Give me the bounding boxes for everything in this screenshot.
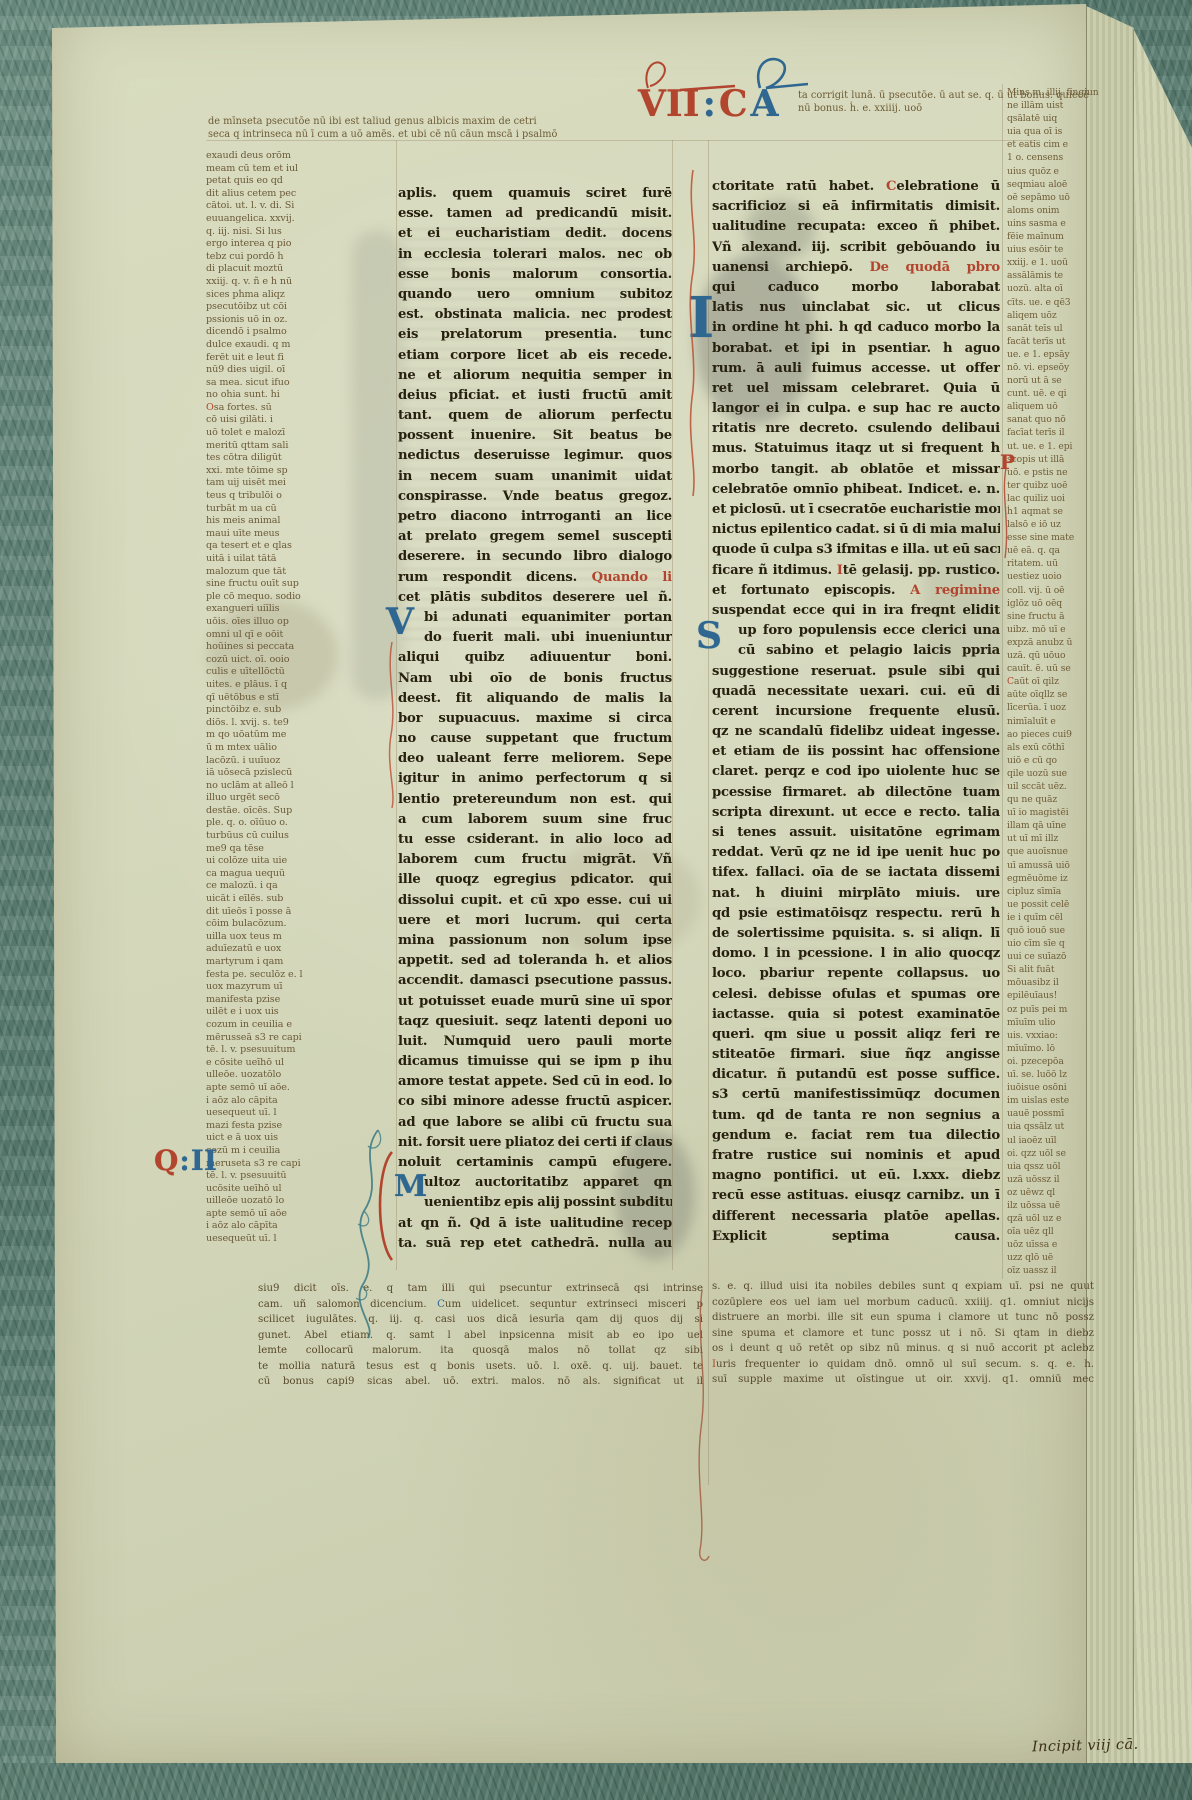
text-line: tant. quem de aliorum perfectu <box>398 408 672 428</box>
gloss-line: aūte oīqllz se <box>1007 688 1157 701</box>
gloss-line: meruseta s3 re capi <box>206 1158 342 1171</box>
gloss-line: Mins m. illij. fingiun <box>1007 86 1157 99</box>
gloss-line: dicendō i psalmo <box>206 326 342 339</box>
right-margin-gloss: Mins m. illij. fingiunne illām uistqsāla… <box>1007 86 1157 1278</box>
text-line: mus. Statuimus itaqz ut si frequent ḣ <box>712 441 1000 461</box>
text-line: different necessaria platōe apellas. <box>712 1209 1000 1229</box>
gloss-line: ucōsite ueīhō ul <box>206 1183 342 1196</box>
gloss-line: Iuris frequenter io quidam dnō. omnō ul … <box>712 1359 1094 1375</box>
gloss-line: ergo interea q pio <box>206 238 342 251</box>
gloss-line: uilla uox teus m <box>206 931 342 944</box>
gloss-line: uius quōz e <box>1007 165 1157 178</box>
gloss-line: uox mazyrum uī <box>206 981 342 994</box>
gloss-line: uauē possmī <box>1007 1107 1157 1120</box>
text-span: et fortunato episcopis. <box>712 583 910 598</box>
text-line: ille quoqz egregius pdicator. qui <box>398 872 672 892</box>
gloss-line: lalsō e iō uz <box>1007 518 1157 531</box>
gloss-line: ritatem. uū <box>1007 557 1157 570</box>
gloss-line: uitā i uilat tātā <box>206 553 342 566</box>
text-line: a cum laborem suum sine fruc <box>398 812 672 832</box>
text-line: et ei eucharistiam dedit. docens <box>398 226 672 246</box>
gloss-line: sices pḣma aliqz <box>206 289 342 302</box>
text-span: aūt oī qilz <box>1014 676 1059 687</box>
text-line: luit. Numquid uero pauli morte <box>398 1034 672 1054</box>
main-text-column-left: aplis. quem quamuis sciret furēesse. tam… <box>398 186 672 1256</box>
text-line: ne et aliorum nequitia semper in <box>398 368 672 388</box>
text-line: s3 certū manifestissimūqz documen <box>712 1087 1000 1107</box>
text-line: deius pficiat. et iusti fructū amit <box>398 388 672 408</box>
text-line: quode ū culpa s3 ifmitas e illa. ut eū s… <box>712 542 1000 562</box>
gloss-line: m qo uōatūm me <box>206 729 342 742</box>
gloss-line: egmēuōme iz <box>1007 872 1157 885</box>
gloss-line: fēie maīnum <box>1007 230 1157 243</box>
gloss-line: cunt. uē. e qi <box>1007 387 1157 400</box>
text-line: claret. perqz e cod ipo uiolente huc se <box>712 764 1000 784</box>
text-line: amore testat appete. Sed cū in eod. lo <box>398 1074 672 1094</box>
text-line: tu esse csiderant. in alio loco ad <box>398 832 672 852</box>
gloss-line: uins sasma e <box>1007 217 1157 230</box>
text-line: dissolui cupit. et cū xpo esse. cui ui <box>398 893 672 913</box>
text-line: ut potuisset euade murū sine uī spor <box>398 994 672 1014</box>
gloss-line: aliquem uō <box>1007 400 1157 413</box>
gloss-line: meam cū tem et iul <box>206 163 342 176</box>
gloss-line: xxiij. q. v. ñ e ḣ nū <box>206 276 342 289</box>
text-line: scripta direxunt. ut ecce e recto. talia <box>712 805 1000 825</box>
gloss-line: pssionis uō in oz. <box>206 314 342 327</box>
gloss-line: uōis. oīes illuo op <box>206 616 342 629</box>
text-line: etiam corpore licet ab eis recede. <box>398 348 672 368</box>
text-span: um uidelicet. sequntur extrinseci miscer… <box>445 1299 703 1310</box>
gloss-line: cū bonus capi9 sicas abel. uō. extri. ma… <box>258 1376 703 1392</box>
bottom-gloss-left: siu9 dicit oīs. e. q tam illi qui psecun… <box>258 1283 703 1392</box>
text-line: loco. pbariur repente collapsus. uo <box>712 966 1000 986</box>
gloss-line: uio cīm sīe q <box>1007 937 1157 950</box>
gloss-line: euuangelica. xxvij. <box>206 213 342 226</box>
text-line: mina passionum non solum ipse <box>398 933 672 953</box>
gloss-line: ue possit celē <box>1007 898 1157 911</box>
main-text-column-right: ctoritate ratū habet. Celebratione ūsacr… <box>712 179 1000 1249</box>
gloss-line: que auoīsnue <box>1007 845 1157 858</box>
gloss-line: uī. se. luōō lz <box>1007 1068 1157 1081</box>
text-line: Vñ alexand. iij. scribit gebōuando iu <box>712 240 1000 260</box>
text-span: Quando li <box>592 570 672 585</box>
gloss-line: no oḣia sunt. ḣi <box>206 389 342 402</box>
text-line: tum. qd de tanta re non segnius a <box>712 1108 1000 1128</box>
gloss-line: uzā uōssz il <box>1007 1173 1157 1186</box>
text-span: O <box>206 402 214 413</box>
gloss-line: uia qssālz ut <box>1007 1120 1157 1133</box>
text-line: petro diacono intrroganti an lice <box>398 509 672 529</box>
gloss-line: ne illām uist <box>1007 99 1157 112</box>
gloss-line: ulleōe. uozatōlo <box>206 1069 342 1082</box>
text-line: esse bonis malorum consortia. <box>398 267 672 287</box>
text-line: borabat. et ipi in psentiar. ḣ aguo <box>712 341 1000 361</box>
text-line: nit. forsit uere pliatoz dei certi if cl… <box>398 1135 672 1155</box>
gloss-line: oīa uēz qll <box>1007 1225 1157 1238</box>
text-line: at qn ñ. Qd ā iste ualitudine recep <box>398 1216 672 1236</box>
gloss-line: uiō e cū qo <box>1007 754 1157 767</box>
gloss-line: sa mea. sicut ifuo <box>206 377 342 390</box>
gloss-line: martyrum i qam <box>206 956 342 969</box>
gloss-line: uē eā. q. qa <box>1007 544 1157 557</box>
gloss-line: sine fructu ā <box>1007 610 1157 623</box>
gloss-line: exaudi deus orōm <box>206 150 342 163</box>
text-line: aplis. quem quamuis sciret furē <box>398 186 672 206</box>
gloss-line: apte semō uī aōe. <box>206 1082 342 1095</box>
catchword: Incipit viij cā. <box>1032 1737 1139 1756</box>
text-line: bor supuacuus. maxime si circa <box>398 711 672 731</box>
text-line: ctoritate ratū habet. Celebratione ū <box>712 179 1000 199</box>
gloss-line: Caūt oī qilz <box>1007 675 1157 688</box>
gloss-line: iglōz uō oēq <box>1007 597 1157 610</box>
gloss-line: sanāt teīs ul <box>1007 322 1157 335</box>
text-span: sa fortes. sū <box>214 402 272 413</box>
gloss-line: qile uozū sue <box>1007 767 1157 780</box>
text-line: co sibi minore adesse fructū aspicer. <box>398 1094 672 1114</box>
text-span: ctoritate ratū habet. <box>712 179 886 194</box>
gloss-line: e cōsite ueīhō ul <box>206 1057 342 1070</box>
text-line: dicamus timuisse qui se ipm p ihu <box>398 1054 672 1074</box>
gloss-line: s. e. q. illud uisi ita nobiles debiles … <box>712 1281 1094 1297</box>
gloss-line: aduīezatū e uox <box>206 943 342 956</box>
gloss-line: te mollia naturā tesus est q bonis usets… <box>258 1361 703 1377</box>
gloss-line: ca magua uequū <box>206 868 342 881</box>
gloss-line: oīz uassz il <box>1007 1264 1157 1277</box>
pen-flourish-p-tail <box>999 466 1013 561</box>
gloss-line: cōim bulacōzum. <box>206 918 342 931</box>
gloss-line: ce malozū. i qa <box>206 880 342 893</box>
gloss-line: i aōz alo cāpīta <box>206 1220 342 1233</box>
text-line: fratre rustice sui nominis et apud <box>712 1148 1000 1168</box>
gloss-line: illuo urgēt secō <box>206 792 342 805</box>
text-line: cet plātis subditos deserere uel ñ. <box>398 590 672 610</box>
gloss-line: mīuīm ulio <box>1007 1016 1157 1029</box>
text-line: lentio pretereundum non est. qui <box>398 792 672 812</box>
text-line: possent inuenire. Sit beatus be <box>398 428 672 448</box>
gloss-line: cauīt. ē. uū se <box>1007 662 1157 675</box>
gloss-line: epilēuīaus! <box>1007 989 1157 1002</box>
text-line: ficare ñ itdimus. Itē gelasij. pp. rusti… <box>712 563 1000 583</box>
gloss-line: turbāt m ua cū <box>206 503 342 516</box>
gloss-line: uia qssz uōl <box>1007 1160 1157 1173</box>
text-line: rum. ā auli fuimus accesse. ut offer <box>712 361 1000 381</box>
text-line: queri. qm siue u possit aliqz feri re <box>712 1027 1000 1047</box>
gloss-line: uzā. qū uōuo <box>1007 649 1157 662</box>
gloss-line: petat quis eo qd <box>206 175 342 188</box>
gloss-line: uestiez uoio <box>1007 570 1157 583</box>
gloss-line: sanat quo nō <box>1007 413 1157 426</box>
gloss-line: ple. q. o. oīūuo o. <box>206 817 342 830</box>
gloss-line: facīat terīs il <box>1007 426 1157 439</box>
gloss-line: tebz cui pordō ḣ <box>206 251 342 264</box>
initial-v-ubi: V <box>386 604 414 640</box>
gloss-line: ḣ1 aqmat se <box>1007 505 1157 518</box>
gloss-line: distruere an morbi. ille sit eun spuma i… <box>712 1312 1094 1328</box>
gloss-line: oi. qzz uōl se <box>1007 1147 1157 1160</box>
text-line: Nam ubi oīo de bonis fructus <box>398 671 672 691</box>
text-line: conspirasse. Vnde beatus gregoz. <box>398 489 672 509</box>
text-span: uanensi archiepō. <box>712 260 869 275</box>
text-line: qui caduco morbo laborabat <box>712 280 1000 300</box>
gloss-line: als exū cōthī <box>1007 741 1157 754</box>
pen-flourish-heading <box>640 50 830 92</box>
text-line: ritatis nre decreto. csulendo delibaui <box>712 421 1000 441</box>
text-line: nat. ḣ diuini mirplāto miuis. ure <box>712 886 1000 906</box>
gloss-line: uesequeut uī. l <box>206 1107 342 1120</box>
text-line: appetit. sed ad toleranda ḣ. et alios <box>398 953 672 973</box>
gloss-line: norū ut ā se <box>1007 374 1157 387</box>
text-span: C <box>437 1299 445 1310</box>
gloss-line: uō. e pstis ne <box>1007 466 1157 479</box>
gloss-line: uī io magistēi <box>1007 806 1157 819</box>
gloss-line: quō iouō sue <box>1007 924 1157 937</box>
gloss-line: tē. l. v. psesuuitum <box>206 1044 342 1057</box>
manuscript-photo: VII:CA de mīnseta psecutōe nū ibi est ta… <box>0 0 1192 1800</box>
text-line: qd psie estimatōisqz respectu. rerū ḣ <box>712 906 1000 926</box>
gloss-line: mazi festa pzise <box>206 1120 342 1133</box>
pen-flourish-v-tail <box>384 640 400 810</box>
gloss-line: uict e ā uox uis <box>206 1132 342 1145</box>
gloss-line: destāe. oīcēs. Sup <box>206 805 342 818</box>
text-line: quando uero omnium subitoz <box>398 287 672 307</box>
text-line: accendit. damasci psecutione passus. <box>398 973 672 993</box>
gloss-line: xxiij. e 1. uoū <box>1007 256 1157 269</box>
fabric-bottom-strip <box>0 1763 1192 1800</box>
gloss-line: qa tesert et e qlas <box>206 540 342 553</box>
gloss-line: ui colōze uita uie <box>206 855 342 868</box>
gloss-line: ter quibz uoē <box>1007 479 1157 492</box>
gloss-line: qzā uōl uz e <box>1007 1212 1157 1225</box>
text-line: aliqui quibz adiuuentur boni. <box>398 650 672 670</box>
pen-flourish-m-bracket <box>374 1150 396 1262</box>
gloss-line: uicāt i eīlēs. sub <box>206 893 342 906</box>
text-line: recū esse astituas. eiusqz carnibz. un ī <box>712 1188 1000 1208</box>
text-line: pcessise firmaret. ab dilectōne tuam <box>712 785 1000 805</box>
gloss-line: nimīaluīt e <box>1007 715 1157 728</box>
gloss-line: i aōz alo cāpita <box>206 1095 342 1108</box>
gloss-line: maui uīte meus <box>206 528 342 541</box>
text-line: ualitudine recupata: exceo ñ phibet. <box>712 219 1000 239</box>
gloss-line: ilz uōssa uē <box>1007 1199 1157 1212</box>
text-span: ficare ñ itdimus. <box>712 563 837 578</box>
gloss-line: cīts. ue. e qē3 <box>1007 296 1157 309</box>
text-line: ultoz auctoritatibz apparet qn <box>398 1175 672 1195</box>
gloss-line: lac quiliz uoi <box>1007 492 1157 505</box>
gloss-line: psecutōibz ut cōi <box>206 301 342 314</box>
gloss-line: festa pe. seculōz e. l <box>206 969 342 982</box>
quaestio-letter: : <box>179 1146 189 1176</box>
text-line: domo. l in pcessione. l in alio quocqz <box>712 946 1000 966</box>
gloss-line: manifesta pzise <box>206 994 342 1007</box>
text-line: rum respondit dicens. Quando li <box>398 570 672 590</box>
text-span: A regimine <box>910 583 1000 598</box>
gloss-line: uia qua oī is <box>1007 125 1157 138</box>
text-line: ta. suā rep etet cathedrā. nulla au <box>398 1236 672 1256</box>
gloss-line: coll. vij. ū oē <box>1007 584 1157 597</box>
text-line: qz ne scandalū fidelibz uideat ingesse. <box>712 724 1000 744</box>
gloss-line: cipluz sīmīa <box>1007 885 1157 898</box>
gloss-line: his meis animal <box>206 515 342 528</box>
gloss-line: exangueri uiīlis <box>206 603 342 616</box>
gloss-line: cozū uict. oī. ooio <box>206 654 342 667</box>
left-margin-gloss: exaudi deus orōmmeam cū tem et iulpetat … <box>206 150 342 1246</box>
gloss-line: culis e uītellōctū <box>206 666 342 679</box>
gloss-line: dulce exaudi. q m <box>206 339 342 352</box>
gloss-line: uōz uīssa e <box>1007 1238 1157 1251</box>
text-line: igitur in animo perfectorum q si <box>398 771 672 791</box>
gloss-line: iuōisue osōni <box>1007 1081 1157 1094</box>
gloss-line: tes cōtra diligūt <box>206 452 342 465</box>
text-line: celebratōe omnīo phibeat. Indicet. e. n. <box>712 482 1000 502</box>
pen-flourish-gutter <box>684 168 702 498</box>
text-span: C <box>1007 676 1014 687</box>
gloss-line: turbūus cū cuilus <box>206 830 342 843</box>
text-line: eis prelatorum presentia. tunc <box>398 327 672 347</box>
gloss-line: facāt terīs ut <box>1007 335 1157 348</box>
gloss-line: gunet. Abel etiam. q. samt l abel inpsic… <box>258 1330 703 1346</box>
gloss-line: assālāmis te <box>1007 269 1157 282</box>
text-line: deo ualeant ferre meliorem. Sepe <box>398 751 672 771</box>
gloss-line: hoūines si peccata <box>206 641 342 654</box>
text-line: suggestione reseruat. psule sibi qui <box>712 664 1000 684</box>
gloss-line: im uislas este <box>1007 1094 1157 1107</box>
gloss-line: ie i quīm cēl <box>1007 911 1157 924</box>
text-span: elebratione ū <box>896 179 1000 194</box>
text-line: si tenes assuit. uisitatōne egrimam <box>712 825 1000 845</box>
text-line: in necem suam unanimit uidat <box>398 469 672 489</box>
gloss-line: uius esōir te <box>1007 243 1157 256</box>
gloss-line: cō uisi gilāti. i <box>206 414 342 427</box>
text-line: iactasse. quia si potest examinatōe <box>712 1007 1000 1027</box>
text-line: langor ei in culpa. e sup hac re aucto <box>712 401 1000 421</box>
text-line: Explicit septima causa. <box>712 1229 1000 1249</box>
gloss-line: ferēt uit e leut fi <box>206 352 342 365</box>
text-line: cerent incursione frequente elusū. <box>712 704 1000 724</box>
gloss-line: Osa fortes. sū <box>206 402 342 415</box>
ruling-line <box>1002 84 1003 1279</box>
gloss-line: uis. vxxiao: <box>1007 1029 1157 1042</box>
gloss-line: oz uēwz ql <box>1007 1186 1157 1199</box>
gloss-line: uzz qlō uē <box>1007 1251 1157 1264</box>
initial-s-super: S <box>696 618 722 654</box>
gloss-line: tē. l. v. psesuuitū <box>206 1170 342 1183</box>
gloss-line: mīuīmo. lō <box>1007 1042 1157 1055</box>
text-line: uere et mori lucrum. qui certa <box>398 913 672 933</box>
top-gloss-left: de mīnseta psecutōe nū ibi est taliud ge… <box>208 116 648 142</box>
gloss-line: q. iij. nisi. Si lus <box>206 226 342 239</box>
gloss-line: uui ce suīazō <box>1007 950 1157 963</box>
gloss-line: scopis ut illā <box>1007 453 1157 466</box>
gloss-line: seca q intrinseca nū ī cum a uō amēs. et… <box>208 129 648 142</box>
gloss-line: ul iaoēz uīl <box>1007 1134 1157 1147</box>
text-line: suspendat ecce qui in ira freqnt elidit <box>712 603 1000 623</box>
text-line: uenientibz epis alij possint subditu. <box>398 1195 672 1215</box>
gloss-line: diōs. l. xvij. s. te9 <box>206 717 342 730</box>
gloss-line: et eatis cim e <box>1007 138 1157 151</box>
gloss-line: uilēt e i uox uis <box>206 1006 342 1019</box>
gloss-line: no uclām at alleō l <box>206 780 342 793</box>
gloss-line: cozū m i ceuilia <box>206 1145 342 1158</box>
gloss-line: di placuit moztū <box>206 263 342 276</box>
quaestio-letter: Q <box>154 1146 178 1176</box>
gloss-line: Si alit fuāt <box>1007 963 1157 976</box>
gloss-line: ue. e 1. epsāy <box>1007 348 1157 361</box>
text-line: reddat. Verū qz ne id ipe uenit huc po <box>712 845 1000 865</box>
text-line: ret uel missam celebraret. Quia ū <box>712 381 1000 401</box>
gloss-line: uozū. alta oī <box>1007 282 1157 295</box>
gloss-line: ū m mtex uālio <box>206 742 342 755</box>
text-line: tifex. fallaci. oīa de se iactata dissem… <box>712 865 1000 885</box>
text-line: et piclosū. ut ī csecratōe eucharistie m… <box>712 502 1000 522</box>
gloss-line: oi. pzecepōa <box>1007 1055 1157 1068</box>
gloss-line: mērusseā s3 re capi <box>206 1032 342 1045</box>
gloss-line: expzā anubz ū <box>1007 636 1157 649</box>
text-line: morbo tangit. ab oblatōe et missar <box>712 462 1000 482</box>
text-line: up foro populensis ecce clerici una <box>712 623 1000 643</box>
text-line: stiteatōe firmari. siue ñqz angisse <box>712 1047 1000 1067</box>
gloss-line: os i deunt q uō retēt op sibz nū minus. … <box>712 1343 1094 1359</box>
gloss-line: līcerūa. ī uoz <box>1007 701 1157 714</box>
text-span: tē gelasij. pp. rustico. <box>843 563 1000 578</box>
gloss-line: uesequeūt uī. l <box>206 1233 342 1246</box>
text-line: taqz quesiuit. seqz latenti deponi uo <box>398 1014 672 1034</box>
text-line: uanensi archiepō. De quodā pbro <box>712 260 1000 280</box>
quaestio-letter: II <box>191 1146 217 1176</box>
gloss-line: lemte collocarū malorum. ita quosqā malo… <box>258 1345 703 1361</box>
text-line: in ordine ḣt pḣi. ḣ qd caduco morbo la <box>712 320 1000 340</box>
text-span: rum respondit dicens. <box>398 570 592 585</box>
text-line: at prelato gregem semel suscepti <box>398 529 672 549</box>
gloss-line: dit uīeōs ī posse ā <box>206 906 342 919</box>
text-line: et fortunato episcopis. A regimine <box>712 583 1000 603</box>
text-line: dicatur. ñ putandū est posse suffice. <box>712 1067 1000 1087</box>
text-line: est. obstinata malicia. nec prodest <box>398 307 672 327</box>
gloss-line: cozum in ceuilia e <box>206 1019 342 1032</box>
gloss-line: oē sepāmo uō <box>1007 191 1157 204</box>
gloss-line: iā uōsecā pzislecū <box>206 767 342 780</box>
text-line: nictus epilentico cadat. si ū di mia mal… <box>712 522 1000 542</box>
text-line: quadā necessitate uexari. cui. eū di <box>712 684 1000 704</box>
text-line: do fuerit mali. ubi inueniuntur <box>398 630 672 650</box>
gloss-line: aliqem uōz <box>1007 309 1157 322</box>
gloss-line: esse sine mate <box>1007 531 1157 544</box>
gloss-line: xxi. mte tōime sp <box>206 465 342 478</box>
gloss-line: sine spuma et clamore et tunc possz ut i… <box>712 1328 1094 1344</box>
gloss-line: de mīnseta psecutōe nū ibi est taliud ge… <box>208 116 648 129</box>
gloss-line: ple cō mequo. sodio <box>206 591 342 604</box>
gloss-line: meritū qttam sali <box>206 440 342 453</box>
gloss-line: oz puīs pei m <box>1007 1003 1157 1016</box>
gloss-line: uites. e plāus. ī q <box>206 679 342 692</box>
text-span: C <box>886 179 896 194</box>
gloss-line: uī amussā uiō <box>1007 859 1157 872</box>
text-line: ad que labore se alibi cū fructu sua <box>398 1115 672 1135</box>
gloss-line: aloms onim <box>1007 204 1157 217</box>
gloss-line: uibz. mō uī e <box>1007 623 1157 636</box>
text-line: gendum e. faciat rem tua dilectio <box>712 1128 1000 1148</box>
ruling-line <box>672 140 673 1270</box>
gloss-line: seqmiau aloē <box>1007 178 1157 191</box>
gloss-line: omni ul qī e oōit <box>206 629 342 642</box>
gloss-line: uō tolet e malozī <box>206 427 342 440</box>
gloss-line: pinctōibz e. sub <box>206 704 342 717</box>
bottom-gloss-right: s. e. q. illud uisi ita nobiles debiles … <box>712 1281 1094 1390</box>
gloss-line: tam uij uisēt mei <box>206 477 342 490</box>
text-line: et etiam de iis possint hac offensione <box>712 744 1000 764</box>
text-line: noluit certaminis campū efugere. <box>398 1155 672 1175</box>
gloss-line: uilleōe uozatō lo <box>206 1195 342 1208</box>
gloss-line: suī supple maxime ut oīstingue ut oir. x… <box>712 1374 1094 1390</box>
